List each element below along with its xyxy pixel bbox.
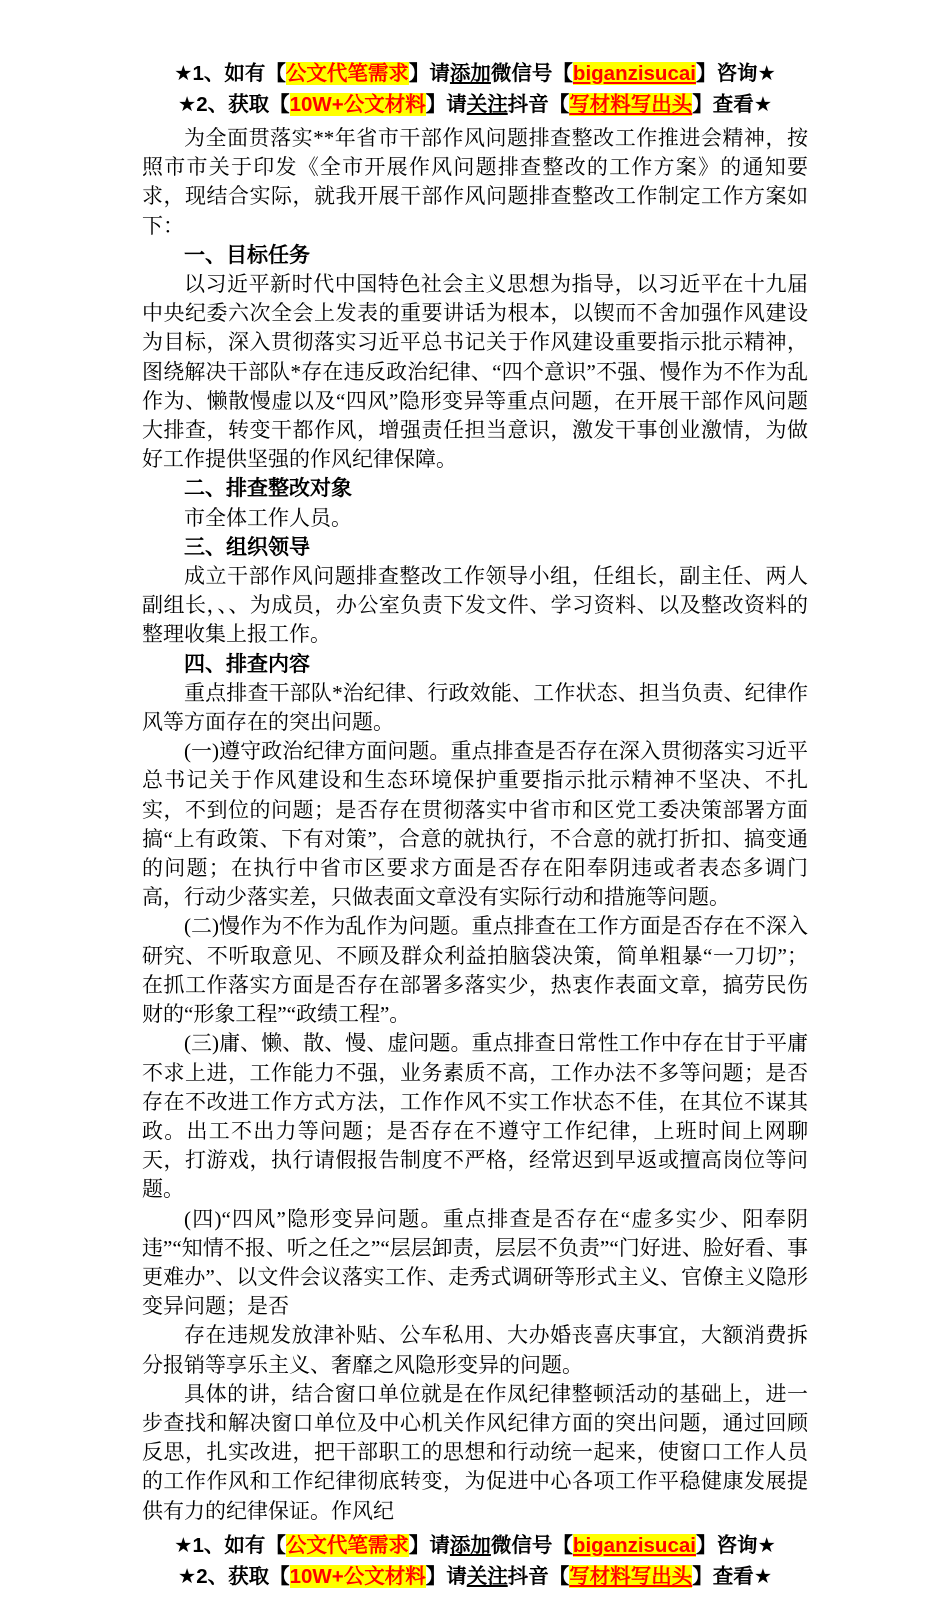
paragraph: 市全体工作人员。: [142, 504, 808, 533]
promo-underline: 添加: [450, 62, 491, 85]
promo-highlight: 10W+公文材料: [290, 1565, 426, 1588]
promo-text: 微信号【: [491, 1534, 573, 1557]
promo-highlight: 公文代笔需求: [286, 1534, 409, 1557]
promo-underline: 添加: [450, 1534, 491, 1557]
promo-douyin-name: 写材料写出头: [569, 93, 692, 116]
promo-wechat-id: biganzisucai: [573, 62, 696, 85]
paragraph: 成立干部作风问题排查整改工作领导小组，任组长，副主任、两人副组长，、、为成员，办…: [142, 562, 808, 650]
paragraph: 重点排查干部队*治纪律、行政效能、工作状态、担当负责、纪律作风等方面存在的突出问…: [142, 679, 808, 737]
promo-text: 】请: [409, 1534, 450, 1557]
promo-douyin-name: 写材料写出头: [569, 1565, 692, 1588]
section-heading: 一、目标任务: [142, 241, 808, 270]
promo-text: ★1、如有【: [174, 62, 286, 85]
promo-highlight: 公文代笔需求: [286, 62, 409, 85]
promo-text: ★2、获取【: [178, 1565, 290, 1588]
paragraph: 以习近平新时代中国特色社会主义思想为指导，以习近平在十九届中央纪委六次全会上发表…: [142, 270, 808, 474]
promo-text: 】请: [426, 93, 467, 116]
section-heading: 三、组织领导: [142, 533, 808, 562]
promo-text: 】咨询★: [696, 62, 776, 85]
promo-text: ★1、如有【: [174, 1534, 286, 1557]
promo-text: ★2、获取【: [178, 93, 290, 116]
promo-text: 】查看★: [692, 1565, 772, 1588]
promo-text: 抖音【: [508, 1565, 570, 1588]
promo-text: 】请: [426, 1565, 467, 1588]
promo-underline: 关注: [467, 93, 508, 116]
promo-underline: 关注: [467, 1565, 508, 1588]
paragraph: (四)“四风”隐形变异问题。重点排查是否存在“虚多实少、阳奉阴违”“知情不报、听…: [142, 1205, 808, 1322]
promo-text: 】咨询★: [696, 1534, 776, 1557]
paragraph: 存在违规发放津补贴、公车私用、大办婚丧喜庆事宜，大额消费拆分报销等享乐主义、奢靡…: [142, 1321, 808, 1379]
promo-text: 】查看★: [692, 93, 772, 116]
document-body: 为全面贯落实**年省市干部作风问题排查整改工作推进会精神，按照市市关于印发《全市…: [142, 124, 808, 1526]
document-page: ★1、如有【公文代笔需求】请添加微信号【biganzisucai】咨询★ ★2、…: [0, 0, 950, 1622]
section-heading: 二、排查整改对象: [142, 474, 808, 503]
header-promo-line-2: ★2、获取【10W+公文材料】请关注抖音【写材料写出头】查看★: [142, 89, 808, 120]
promo-wechat-id: biganzisucai: [573, 1534, 696, 1557]
promo-highlight: 10W+公文材料: [290, 93, 426, 116]
paragraph: 为全面贯落实**年省市干部作风问题排查整改工作推进会精神，按照市市关于印发《全市…: [142, 124, 808, 241]
promo-text: 抖音【: [508, 93, 570, 116]
footer-promo-line-1: ★1、如有【公文代笔需求】请添加微信号【biganzisucai】咨询★: [142, 1530, 808, 1561]
paragraph: (二)慢作为不作为乱作为问题。重点排查在工作方面是否存在不深入研究、不听取意见、…: [142, 912, 808, 1029]
paragraph: (一)遵守政治纪律方面问题。重点排查是否存在深入贯彻落实习近平总书记关于作风建设…: [142, 737, 808, 912]
section-heading: 四、排查内容: [142, 650, 808, 679]
promo-text: 微信号【: [491, 62, 573, 85]
promo-text: 】请: [409, 62, 450, 85]
paragraph: (三)庸、懒、散、慢、虚问题。重点排查日常性工作中存在甘于平庸不求上进，工作能力…: [142, 1029, 808, 1204]
footer-promo-block: ★1、如有【公文代笔需求】请添加微信号【biganzisucai】咨询★ ★2、…: [142, 1530, 808, 1592]
footer-promo-line-2: ★2、获取【10W+公文材料】请关注抖音【写材料写出头】查看★: [142, 1561, 808, 1592]
header-promo-line-1: ★1、如有【公文代笔需求】请添加微信号【biganzisucai】咨询★: [142, 58, 808, 89]
paragraph: 具体的讲，结合窗口单位就是在作凤纪律整顿活动的基础上，进一步查找和解决窗口单位及…: [142, 1380, 808, 1526]
